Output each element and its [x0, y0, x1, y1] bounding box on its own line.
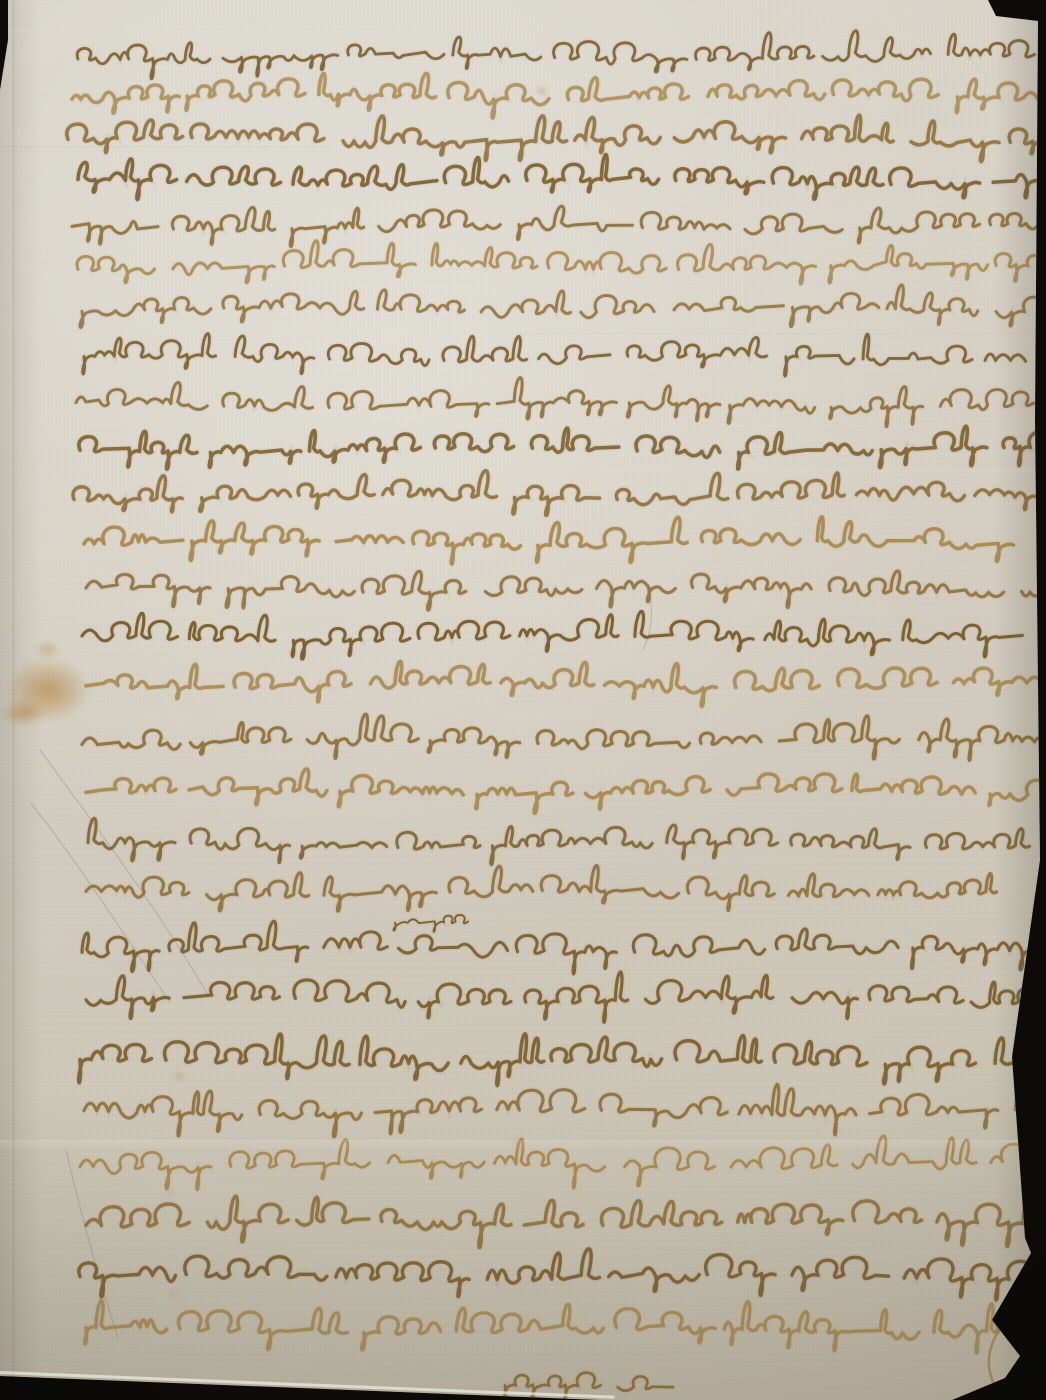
manuscript-page: பறநடு மொடசெ கோரி புல்ல உணணிநி றடுயெ செரந… — [0, 0, 1046, 1400]
handwriting-layer: பறநடு மொடசெ கோரி புல்ல உணணிநி றடுயெ செரந… — [0, 0, 1046, 1400]
paper-grain — [0, 0, 1046, 1400]
photo-backdrop: பறநடு மொடசெ கோரி புல்ல உணணிநி றடுயெ செரந… — [0, 0, 1046, 1400]
